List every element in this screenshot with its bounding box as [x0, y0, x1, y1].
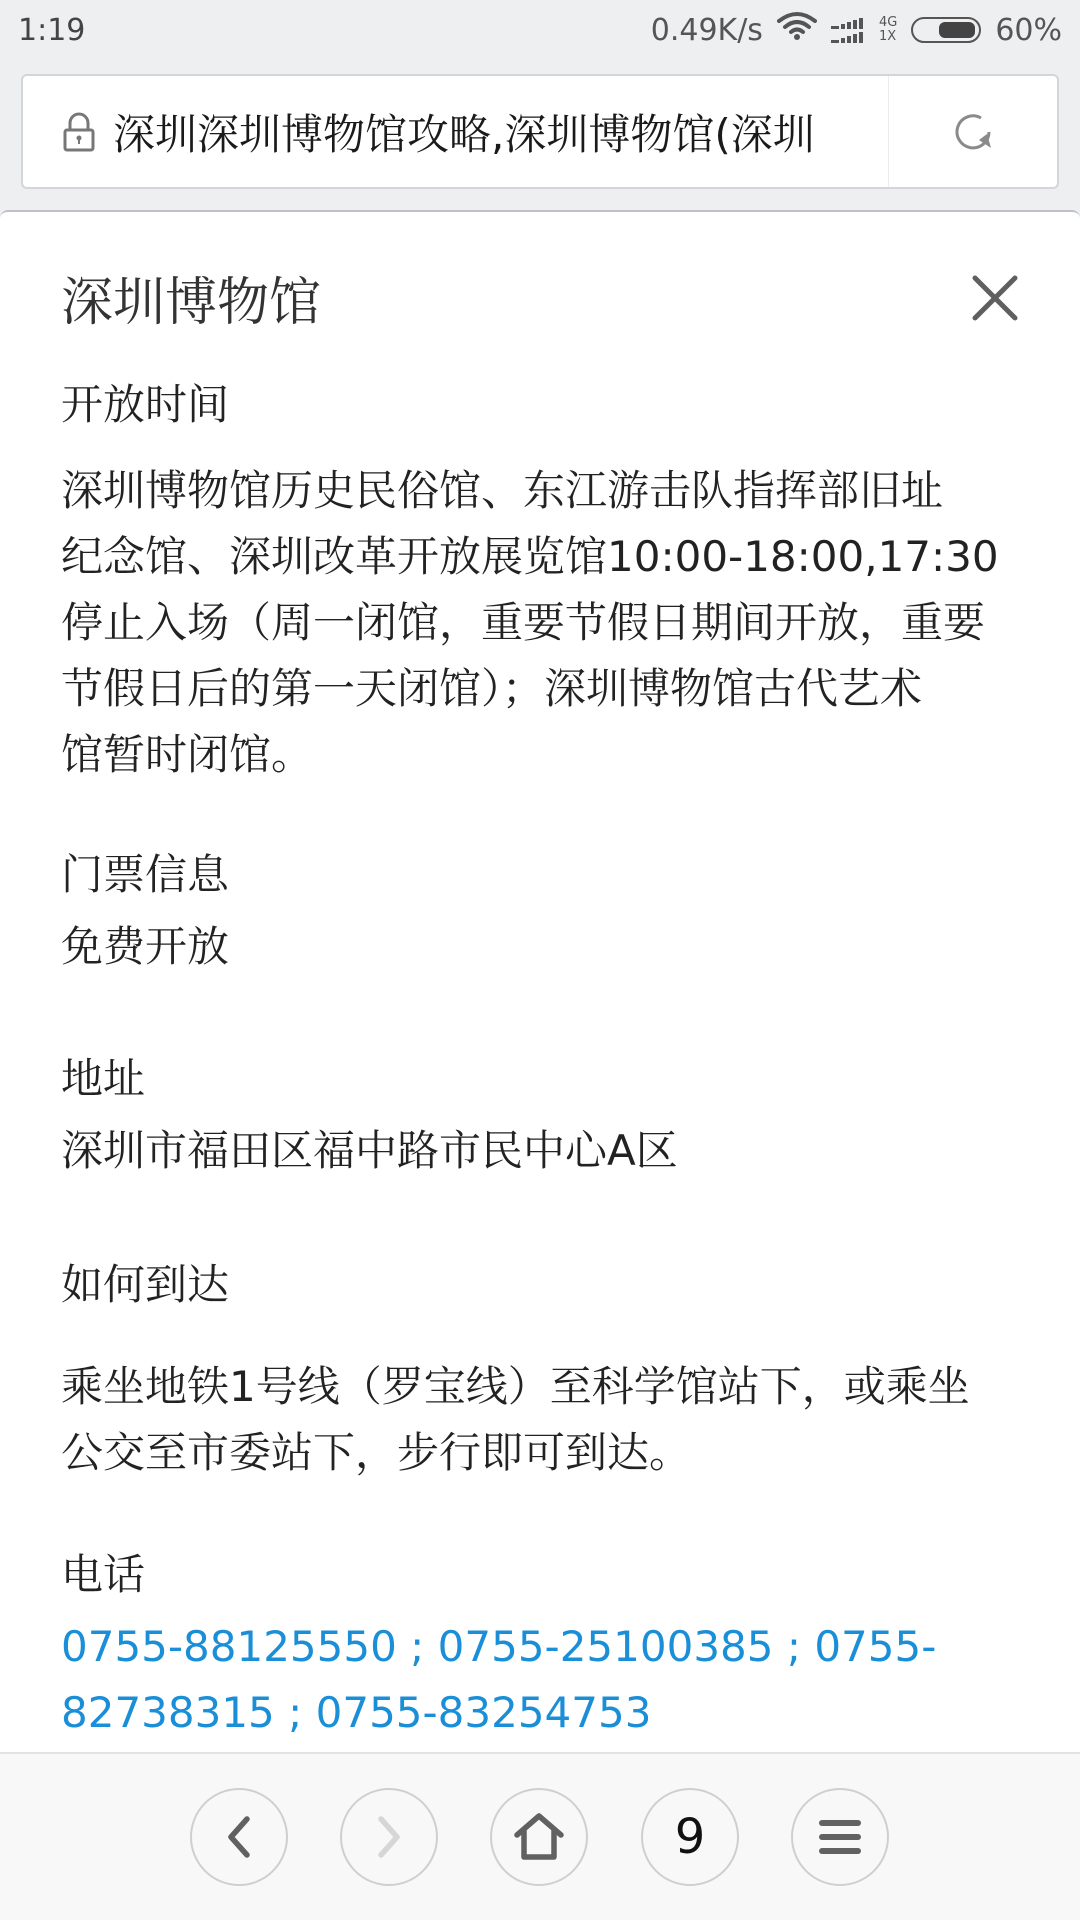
signal-icon: [831, 18, 863, 43]
tab-count: 9: [675, 1809, 706, 1865]
browser-bottom-nav: 9: [0, 1752, 1080, 1920]
battery-icon: [911, 17, 981, 43]
section-body-address: 深圳市福田区福中路市民中心A区: [61, 1118, 1021, 1184]
card-title: 深圳博物馆: [61, 260, 321, 335]
status-time: 1:19: [18, 13, 85, 48]
menu-icon: [818, 1817, 862, 1857]
forward-button[interactable]: [340, 1788, 438, 1886]
back-button[interactable]: [190, 1788, 288, 1886]
status-bar: 1:19 0.49K/s 4G 1X 60%: [0, 0, 1080, 60]
back-icon: [219, 1813, 259, 1861]
section-label-tickets: 门票信息: [61, 842, 229, 902]
section-body-tickets: 免费开放: [61, 914, 1021, 980]
reload-icon: [951, 110, 995, 154]
home-icon: [512, 1813, 566, 1861]
reload-button[interactable]: [889, 76, 1057, 187]
battery-percentage: 60%: [995, 13, 1062, 48]
address-bar[interactable]: 深圳深圳博物馆攻略,深圳博物馆(深圳: [21, 74, 1059, 189]
close-icon: [972, 275, 1018, 321]
tabs-button[interactable]: 9: [641, 1788, 739, 1886]
section-body-directions: 乘坐地铁1号线（罗宝线）至科学馆站下，或乘坐 公交至市委站下，步行即可到达。: [61, 1354, 1021, 1486]
forward-icon: [369, 1813, 409, 1861]
phone-links-line-1[interactable]: 0755-88125550 ; 0755-25100385 ; 0755-: [61, 1614, 1021, 1680]
status-indicators: 0.49K/s 4G 1X 60%: [651, 11, 1062, 49]
home-button[interactable]: [490, 1788, 588, 1886]
menu-button[interactable]: [791, 1788, 889, 1886]
section-label-directions: 如何到达: [61, 1252, 229, 1312]
wifi-icon: [777, 11, 817, 49]
section-label-hours: 开放时间: [61, 372, 229, 432]
section-body-phone: 0755-88125550 ; 0755-25100385 ; 0755- 82…: [61, 1614, 1021, 1746]
section-label-address: 地址: [61, 1046, 145, 1106]
section-body-hours: 深圳博物馆历史民俗馆、东江游击队指挥部旧址 纪念馆、深圳改革开放展览馆10:00…: [61, 458, 1021, 788]
section-label-phone: 电话: [61, 1542, 145, 1602]
close-button[interactable]: [965, 268, 1025, 328]
lock-icon: [59, 112, 99, 152]
poi-detail-card: 深圳博物馆 开放时间 深圳博物馆历史民俗馆、东江游击队指挥部旧址 纪念馆、深圳改…: [0, 210, 1080, 1752]
network-speed: 0.49K/s: [651, 13, 763, 48]
phone-links-line-2[interactable]: 82738315 ; 0755-83254753: [61, 1680, 1021, 1746]
url-text[interactable]: 深圳深圳博物馆攻略,深圳博物馆(深圳: [113, 102, 888, 162]
network-type: 4G 1X: [879, 16, 897, 44]
